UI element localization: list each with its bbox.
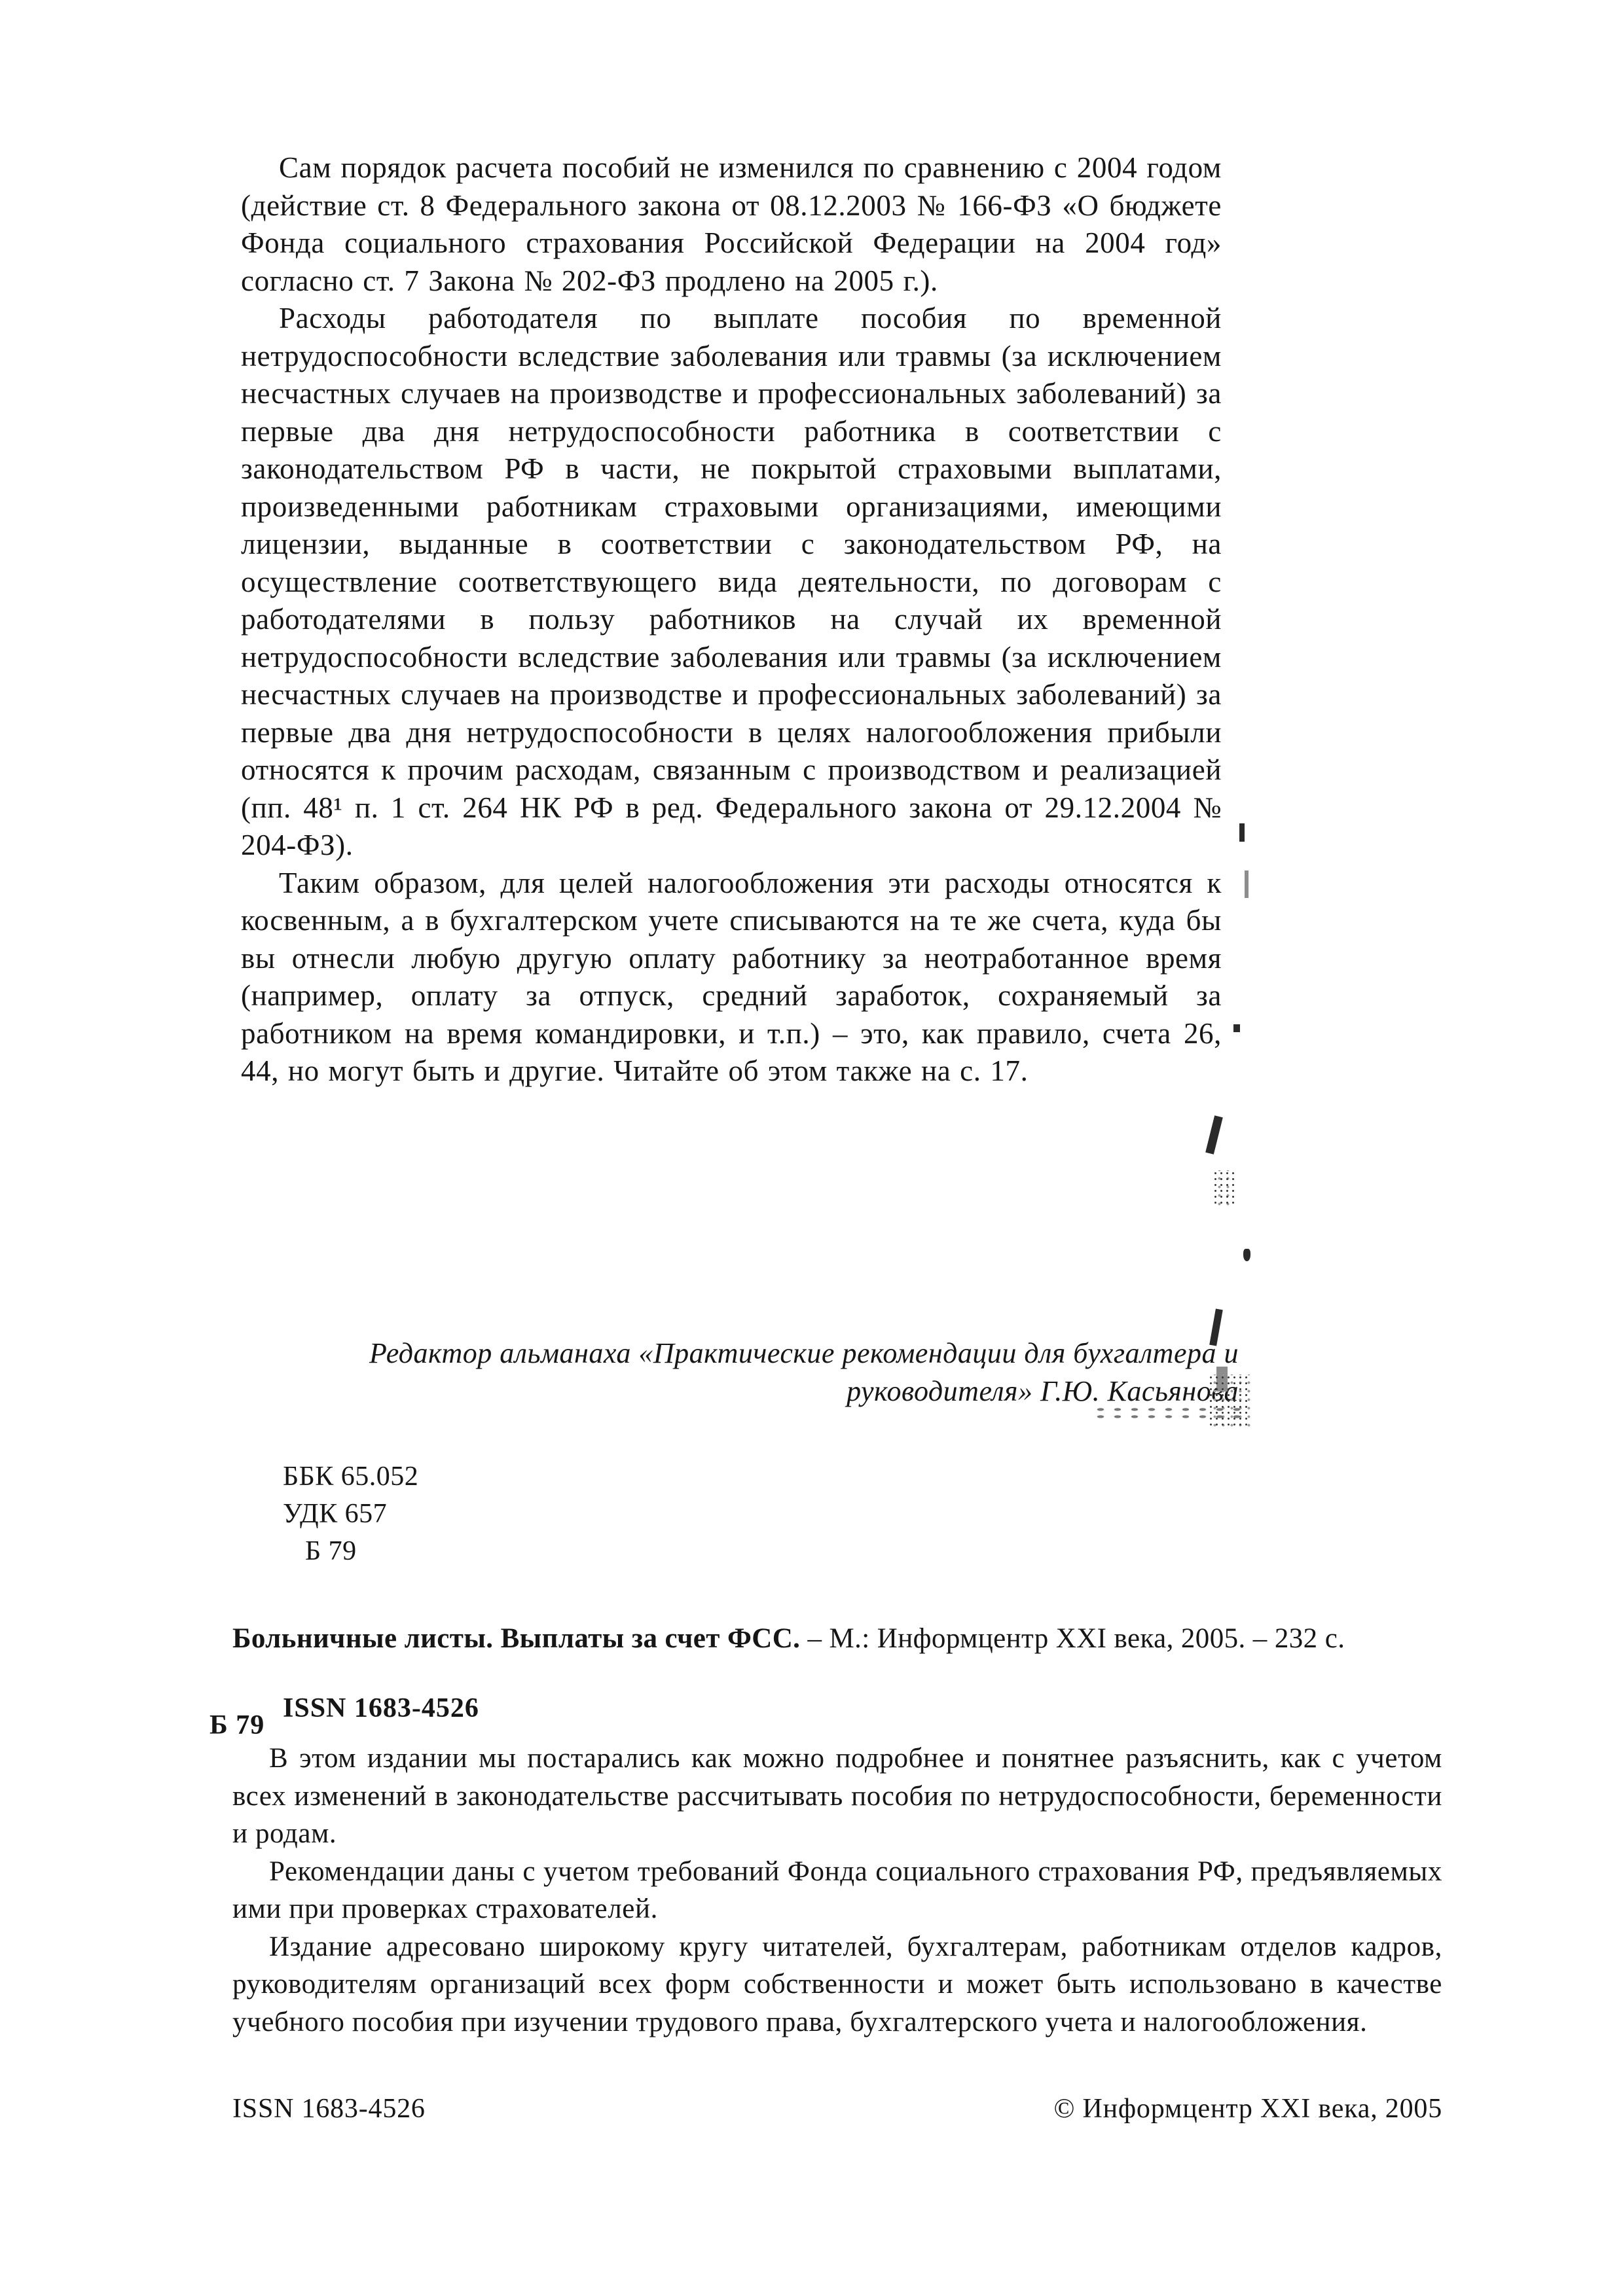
imprint-codes: ББК 65.052 УДК 657 Б 79 — [283, 1458, 418, 1570]
udk-code: УДК 657 — [283, 1496, 418, 1533]
annotation-paragraph-2: Рекомендации даны с учетом требований Фо… — [232, 1853, 1442, 1928]
letter-code: Б 79 — [283, 1533, 418, 1570]
annotation-paragraph-1: В этом издании мы постарались как можно … — [232, 1740, 1442, 1853]
page-footer: ISSN 1683-4526 © Информцентр XXI века, 2… — [232, 2093, 1442, 2125]
body-paragraph-1: Сам порядок расчета пособий не изменился… — [241, 149, 1222, 300]
annotation-paragraph-3: Издание адресовано широкому кругу читате… — [232, 1928, 1442, 2041]
scan-artifact — [1233, 1024, 1240, 1032]
scan-artifact — [1213, 1170, 1235, 1206]
imprint-issn: ISSN 1683-4526 — [283, 1693, 479, 1724]
editor-credit: Редактор альманаха «Практические рекомен… — [327, 1335, 1239, 1410]
bibliographic-entry: Больничные листы. Выплаты за счет ФСС. –… — [232, 1620, 1450, 1657]
footer-issn: ISSN 1683-4526 — [232, 2093, 426, 2125]
scan-artifact — [1245, 870, 1249, 898]
scan-artifact — [1092, 1406, 1241, 1419]
body-paragraph-3: Таким образом, для целей налогообложения… — [241, 865, 1222, 1090]
publication-info: – М.: Информцентр XXI века, 2005. – 232 … — [800, 1623, 1345, 1654]
annotation-block: В этом издании мы постарались как можно … — [232, 1740, 1442, 2041]
book-page: Сам порядок расчета пособий не изменился… — [0, 0, 1623, 2296]
scan-artifact — [1208, 1374, 1251, 1428]
footer-copyright: © Информцентр XXI века, 2005 — [1053, 2093, 1442, 2125]
scan-artifact — [1239, 823, 1245, 842]
scan-artifact — [1205, 1115, 1223, 1154]
bbk-code: ББК 65.052 — [283, 1458, 418, 1496]
annotation-margin-code: Б 79 — [210, 1710, 264, 1741]
main-text-block: Сам порядок расчета пособий не изменился… — [241, 149, 1222, 1090]
book-title: Больничные листы. Выплаты за счет ФСС. — [232, 1623, 800, 1654]
scan-artifact — [1243, 1249, 1250, 1261]
body-paragraph-2: Расходы работодателя по выплате пособия … — [241, 300, 1222, 865]
